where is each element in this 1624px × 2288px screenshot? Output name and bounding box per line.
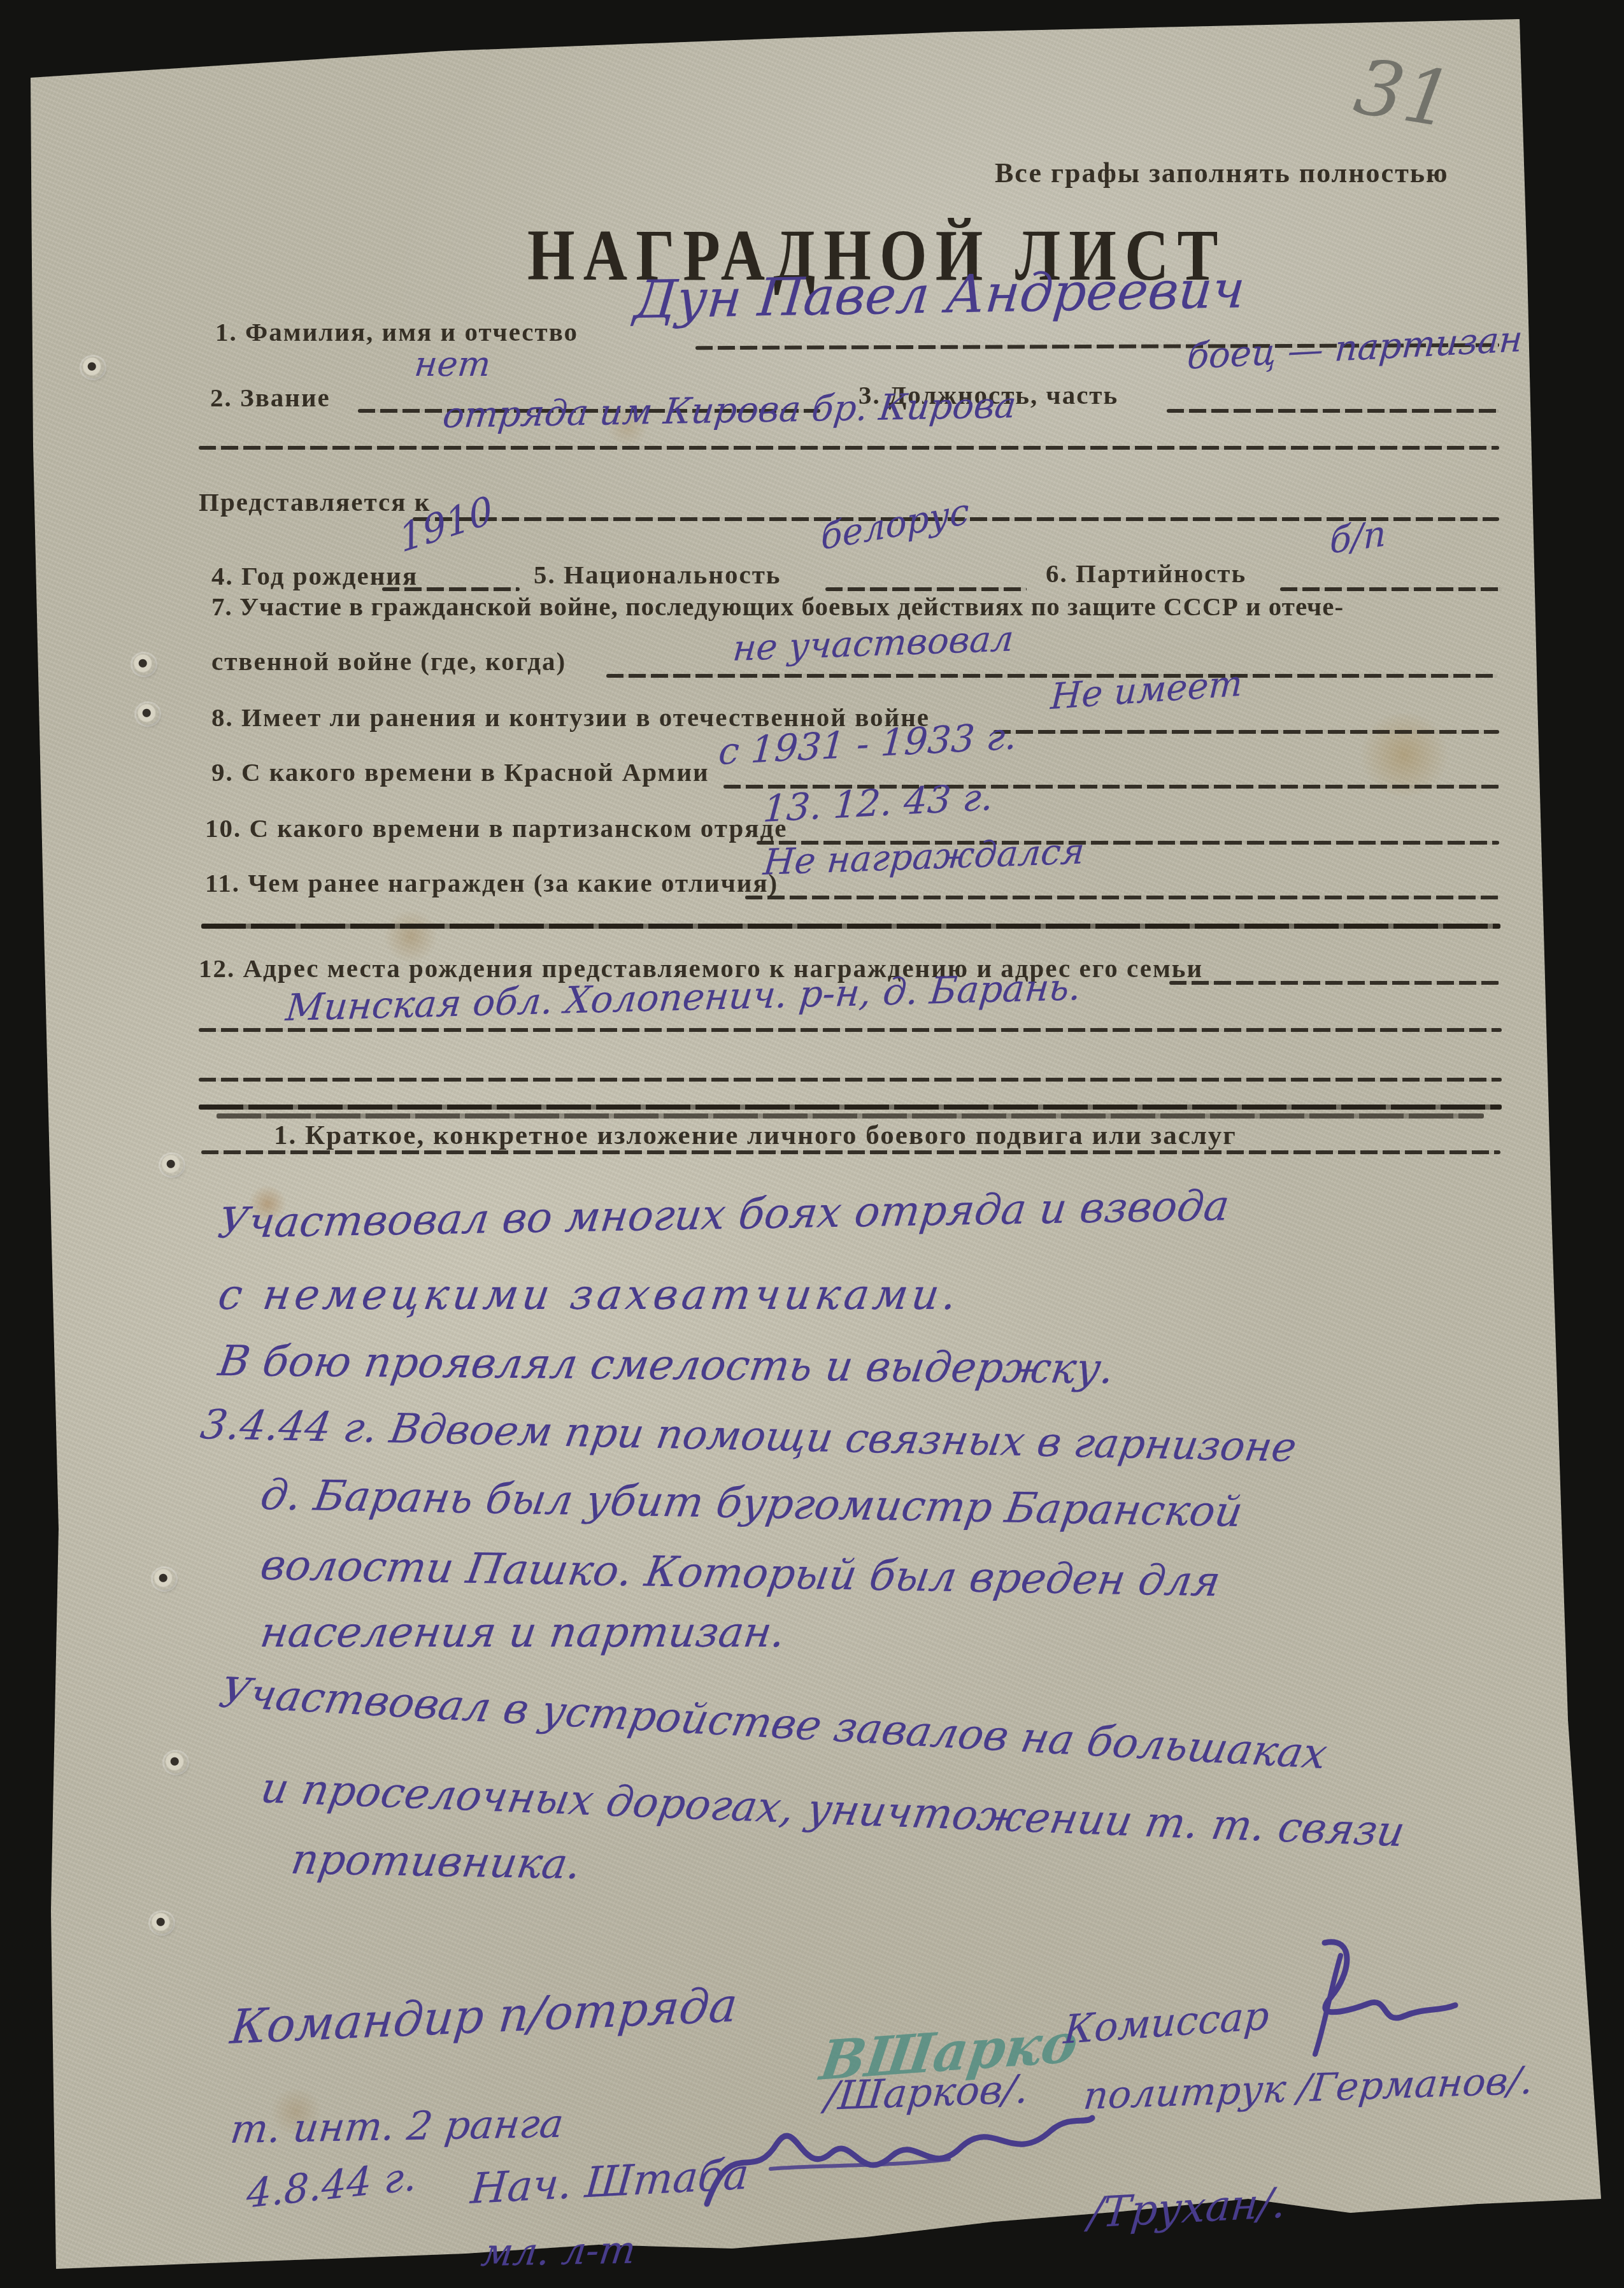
citation-line: с немецкими захватчиками. (215, 1270, 964, 1319)
separator-rule (201, 924, 1500, 929)
punch-hole (136, 703, 159, 725)
field12-rule1 (199, 1028, 1502, 1032)
scanned-award-document: 31 Все графы заполнять полностью НАГРАДН… (0, 0, 1624, 2288)
field12-rule2 (199, 1078, 1502, 1082)
citation-line: населения и партизан. (257, 1608, 788, 1657)
field8-rule (994, 730, 1499, 734)
punch-hole (160, 1154, 183, 1176)
punch-hole (150, 1912, 173, 1934)
field1-label: 1. Фамилия, имя и отчество (215, 317, 578, 347)
field1-value: Дун Павел Андреевич (632, 259, 1248, 331)
present-label: Представляется к (199, 487, 431, 517)
field7-label-line2: ственной войне (где, когда) (211, 646, 566, 676)
section-title: 1. Краткое, конкретное изложение личного… (274, 1120, 1237, 1151)
field9-label: 9. С какого времени в Красной Армии (211, 757, 709, 787)
field2-value: нет (413, 344, 492, 384)
chief-of-staff-name: /Трухан/. (1086, 2178, 1288, 2238)
field12-rule-short (1169, 981, 1499, 985)
header-note: Все графы заполнять полностью (995, 157, 1449, 189)
field3-rule2 (199, 446, 1499, 450)
punch-hole (132, 654, 155, 675)
field5-label: 5. Национальность (534, 559, 781, 590)
section-top-rule (199, 1105, 1502, 1110)
commissar-signature (1286, 1936, 1497, 2077)
field7-label-line1: 7. Участие в гражданской войне, последую… (211, 591, 1344, 622)
field10-label: 10. С какого времени в партизанском отря… (205, 813, 787, 843)
punch-hole (82, 357, 104, 378)
punch-hole (153, 1568, 176, 1590)
chief-of-staff-signature (694, 2108, 1102, 2229)
section-top-rule2 (217, 1113, 1484, 1119)
section-bottom-rule (201, 1150, 1500, 1154)
commander-rank: т. инт. 2 ранга (228, 2100, 566, 2152)
field3-rule (1167, 409, 1499, 413)
field11-rule (745, 896, 1499, 899)
field2-label: 2. Звание (210, 382, 331, 413)
citation-line: В бою проявлял смелость и выдержку. (215, 1336, 1118, 1393)
field4-label: 4. Год рождения (211, 561, 418, 591)
punch-hole (164, 1752, 187, 1773)
page-number: 31 (1349, 43, 1459, 145)
field6-label: 6. Партийность (1046, 558, 1246, 589)
citation-line: противника. (288, 1834, 585, 1889)
field11-label: 11. Чем ранее награжден (за какие отличи… (205, 868, 778, 898)
field6-value: б/п (1330, 513, 1386, 562)
chief-of-staff-rank: мл. л-т (479, 2228, 638, 2275)
